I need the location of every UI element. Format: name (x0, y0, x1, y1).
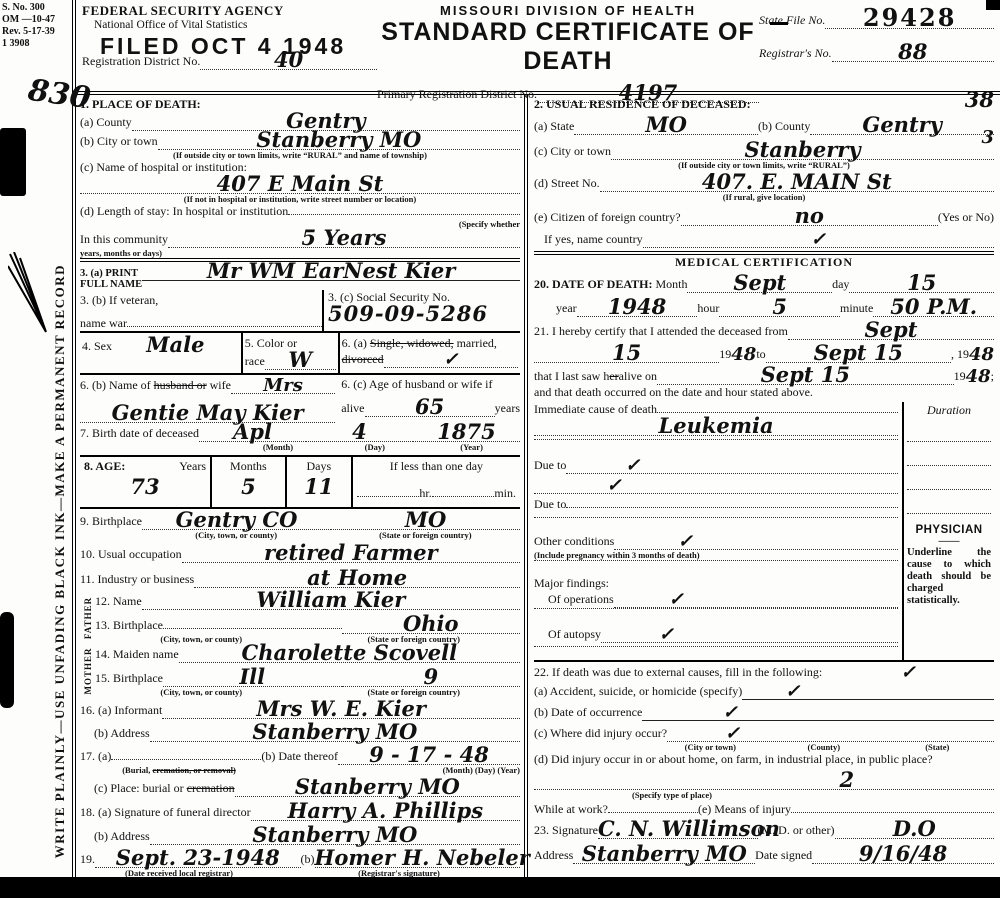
dod-day-value: 15 (907, 270, 936, 295)
dod-minute-label: minute (840, 301, 873, 316)
burial-hint-pre: (Burial, (122, 765, 150, 775)
spouse-label: 6. (b) Name of (80, 378, 151, 392)
form-code: 1 3908 (2, 38, 71, 50)
section-name: 3. (a) PRINT FULL NAME Mr WM EarNest Kie… (80, 258, 520, 331)
external-causes-check: ✓ (901, 662, 916, 683)
last-saw-pre: that I last saw h (534, 369, 609, 383)
mother-birthplace-extra: 9 (423, 664, 438, 689)
attended-from-day: 15 (612, 340, 641, 365)
residence-heading: 2. USUAL RESIDENCE OF DECEASED: (534, 97, 994, 112)
y2-value: 48 (969, 348, 994, 362)
section-place-of-death: 1. PLACE OF DEATH: (a) County Gentry (b)… (80, 97, 520, 258)
received-date-value: Sept. 23-1948 (116, 845, 280, 870)
race-value: W (288, 347, 312, 372)
spouse-title-value: Mrs (263, 375, 303, 396)
section-informant-burial: 16. (a) Informant Mrs W. E. Kier (b) Add… (80, 700, 520, 878)
injury-county-hint: (County) (767, 742, 880, 752)
accident-label: (a) Accident, suicide, or homicide (spec… (534, 684, 742, 699)
of-autopsy-check: ✓ (659, 624, 674, 645)
last-saw-struck: er (609, 369, 618, 383)
county-label: (a) County (80, 115, 132, 130)
registrar-no-label: Registrar's No. (759, 46, 832, 61)
y2-label: , 19 (951, 347, 969, 362)
physician-label: PHYSICIAN (907, 524, 991, 536)
md-or-other-value: D.O (893, 816, 936, 841)
funeral-director-signature: Harry A. Phillips (288, 798, 483, 823)
section-age: 8. AGE: Years 73 Months 5 Days 11 If les… (80, 455, 520, 509)
means-of-injury-label: (e) Means of injury (698, 802, 791, 817)
print-name-label2: FULL NAME (80, 279, 142, 290)
registrar-sig-b-label: (b) (301, 852, 315, 867)
age-days-value: 11 (304, 474, 333, 499)
section-mother: MOTHER 14. Maiden name Charolette Scovel… (80, 644, 520, 697)
certificate-title: STANDARD CERTIFICATE OF DEATH (377, 18, 759, 76)
age-years-value: 73 (130, 474, 159, 499)
burial-place-value: Stanberry MO (295, 774, 460, 799)
physician-address-label: Address (534, 848, 573, 863)
birthplace-city-value: Gentry CO (176, 507, 298, 532)
other-conditions-label: Other conditions (534, 534, 614, 549)
age-label: 8. AGE: (84, 459, 125, 473)
section-birthplace-occupation: 9. Birthplace Gentry CO MO (City, town, … (80, 511, 520, 588)
form-code: Rev. 5-17-39 (2, 26, 71, 38)
of-operations-check: ✓ (669, 589, 684, 610)
informant-address-value: Stanberry MO (252, 719, 417, 744)
birthdate-label: 7. Birth date of deceased (80, 426, 199, 441)
injury-place-hint: (Specify type of place) (534, 790, 810, 800)
residence-city-value: Stanberry (744, 137, 860, 162)
father-name-label: 12. Name (95, 594, 142, 609)
received-label: 19. (80, 852, 95, 867)
major-findings-label: Major findings: (534, 576, 609, 590)
section-parents: FATHER 12. Name William Kier 13. Birthpl… (80, 591, 520, 644)
injury-place-question: (d) Did injury occur in or about home, o… (534, 752, 994, 767)
physician-address-value: Stanberry MO (582, 841, 747, 866)
due-to-label1: Due to (534, 458, 566, 473)
dod-minute-value: 50 P.M. (890, 294, 977, 319)
signature-label: 23. Signature (534, 823, 598, 838)
due-to-check1: ✓ (625, 455, 640, 476)
age-days-header: Days (291, 459, 347, 474)
ssn-value: 509-09-5286 (328, 307, 520, 321)
y3-value: 48 (966, 370, 991, 384)
mother-birthplace-label: 15. Birthplace (95, 671, 163, 686)
handwritten-margin-number: 830 (26, 74, 93, 116)
physician-signature: C. N. Willimson (598, 816, 780, 841)
registrar-signature: Homer H. Nebeler (315, 845, 530, 870)
director-address-label: (b) Address (80, 829, 150, 844)
accident-check: ✓ (785, 681, 800, 702)
state-file-label: State File No. (759, 13, 825, 28)
marital-checkmark: ✓ (443, 349, 458, 370)
citizen-hint: (Yes or No) (938, 210, 994, 225)
print-name-label1: 3. (a) PRINT (80, 268, 138, 279)
mother-birthplace-value: Ill (239, 664, 265, 689)
y1-value: 48 (731, 348, 756, 362)
residence-county-value: Gentry (862, 112, 942, 137)
spouse-name-value: Gentie May Kier (112, 400, 304, 425)
age-months-value: 5 (241, 474, 256, 499)
injury-state-hint: (State) (881, 742, 994, 752)
registration-district-value: 40 (274, 47, 303, 72)
section-spouse-birthdate: 6. (b) Name of husband or wife Mrs Genti… (80, 373, 520, 452)
date-of-death-label: 20. DATE OF DEATH: (534, 277, 652, 292)
birthplace-state-value: MO (405, 507, 447, 532)
ink-blob (0, 612, 14, 708)
date-signed-value: 9/16/48 (859, 841, 947, 866)
city-label: (b) City or town (80, 134, 158, 149)
occurrence-date-check: ✓ (723, 702, 738, 723)
full-name-value: Mr WM EarNest Kier (207, 258, 455, 283)
left-column: 1. PLACE OF DEATH: (a) County Gentry (b)… (76, 95, 524, 878)
dod-month-label: Month (655, 277, 687, 292)
citizen-value: no (795, 203, 824, 228)
burial-date-label: (b) Date thereof (261, 749, 338, 764)
day-hint: (Day) (326, 442, 423, 452)
residence-street-value: 407. E. MAIN St (702, 169, 892, 194)
spouse-age-value: 65 (415, 394, 444, 419)
dod-day-label: day (832, 277, 849, 292)
veteran-label2: name war (80, 316, 127, 331)
informant-value: Mrs W. E. Kier (256, 696, 426, 721)
left-margin: S. No. 300 OM —10-47 Rev. 5-17-39 1 3908… (0, 0, 76, 898)
certify-line1: 21. I hereby certify that I attended the… (534, 324, 788, 339)
race-label2: race (245, 354, 265, 369)
y3-label: 19 (954, 369, 966, 384)
while-at-work-label: While at work? (534, 802, 608, 817)
veteran-label1: 3. (b) If veteran, (80, 293, 322, 308)
due-to-check2a: ✓ (607, 475, 622, 496)
birthdate-year: 1875 (437, 419, 495, 444)
physician-note: Underline the cause to which death shoul… (907, 547, 991, 607)
to-label: to (756, 347, 765, 362)
marital-struck-options: Single, widowed, (370, 336, 454, 350)
spouse-label-post: wife (210, 378, 231, 392)
residence-street-label: (d) Street No. (534, 176, 600, 191)
of-operations-label: Of operations (534, 592, 614, 607)
scan-artifact (986, 0, 1000, 10)
father-name-value: William Kier (256, 587, 405, 612)
section-physician-signature: 23. Signature C. N. Willimson (M. D. or … (534, 820, 994, 864)
marital-divorced-label: divorced (342, 352, 384, 367)
hr-label: hr. (419, 486, 431, 501)
burial-date-value: 9 - 17 - 48 (369, 742, 489, 767)
of-autopsy-label: Of autopsy (534, 627, 601, 642)
dod-hour-label: hour (697, 301, 719, 316)
section-external-causes: 22. If death was due to external causes,… (534, 660, 994, 817)
attended-from-month: Sept (864, 317, 917, 342)
dod-year-value: 1948 (608, 294, 666, 319)
birthplace-label: 9. Birthplace (80, 514, 142, 529)
occupation-label: 10. Usual occupation (80, 547, 182, 562)
burial-place-label: (c) Place: burial or (94, 781, 184, 795)
dod-year-label: year (556, 301, 577, 316)
funeral-director-label: 18. (a) Signature of funeral director (80, 805, 251, 820)
certificate-form: FEDERAL SECURITY AGENCY National Office … (76, 0, 1000, 898)
other-conditions-hint: (Include pregnancy within 3 months of de… (534, 550, 898, 560)
min-label: min. (494, 486, 516, 501)
agency-subname: National Office of Vital Statistics (82, 19, 377, 31)
pen-arrow-mark (8, 252, 52, 342)
ink-blob (0, 128, 26, 196)
mother-maiden-label: 14. Maiden name (95, 647, 179, 662)
industry-label: 11. Industry or business (80, 572, 194, 587)
occurrence-date-label: (b) Date of occurrence (534, 705, 642, 720)
residence-city-label: (c) City or town (534, 144, 611, 159)
sex-value: Male (146, 332, 204, 357)
mother-maiden-value: Charolette Scovell (242, 640, 458, 665)
burial-label: 17. (a) (80, 749, 111, 764)
community-stay-label: In this community (80, 232, 168, 247)
injury-place-value: 2 (839, 767, 854, 792)
form-code: OM —10-47 (2, 14, 71, 26)
residence-state-value: MO (645, 112, 687, 137)
burial-hint-struck: cremation, or removal) (152, 765, 235, 775)
certify-line4: and that death occurred on the date and … (534, 385, 994, 400)
duration-header: Duration (907, 403, 991, 418)
death-certificate-scan: S. No. 300 OM —10-47 Rev. 5-17-39 1 3908… (0, 0, 1000, 898)
name-country-label: If yes, name country (534, 232, 643, 247)
y1-label: 19 (719, 347, 731, 362)
last-saw-value: Sept 15 (761, 362, 850, 387)
scan-artifact (770, 22, 788, 25)
due-to-label2: Due to (534, 497, 566, 512)
community-stay-hint: years, months or days) (80, 248, 520, 258)
immediate-cause-value: Leukemia (658, 413, 773, 438)
injury-where-label: (c) Where did injury occur? (534, 726, 667, 741)
dod-hour-value: 5 (772, 294, 787, 319)
medical-certification-heading: MEDICAL CERTIFICATION (534, 255, 994, 270)
city-value: Stanberry MO (256, 127, 421, 152)
length-of-stay-hint: (Specify whether (80, 219, 520, 229)
burial-place-struck: cremation (187, 781, 235, 795)
citizen-label: (e) Citizen of foreign country? (534, 210, 681, 225)
section-medical-certification: MEDICAL CERTIFICATION 20. DATE OF DEATH:… (534, 251, 994, 864)
father-birthplace-label: 13. Birthplace (95, 618, 163, 633)
agency-name: FEDERAL SECURITY AGENCY (82, 3, 377, 19)
years-unit-label: years (495, 401, 520, 416)
age-months-header: Months (216, 459, 281, 474)
residence-county-label: (b) County (758, 119, 810, 134)
residence-state-label: (a) State (534, 119, 574, 134)
date-signed-label: Date signed (755, 848, 812, 863)
form-code-lines: S. No. 300 OM —10-47 Rev. 5-17-39 1 3908 (2, 2, 71, 50)
alive-label: alive (341, 401, 364, 416)
section-sex-race-marital: 4. Sex Male 5. Color or race W 6. (a) Si… (80, 331, 520, 373)
father-birthplace-value: Ohio (403, 611, 459, 636)
informant-label: 16. (a) Informant (80, 703, 162, 718)
duration-physician-column: Duration PHYSICIAN —— Underline the caus… (902, 402, 994, 660)
state-file-number: 29428 (863, 3, 957, 32)
birthdate-day: 4 (352, 419, 367, 444)
margin-instruction: WRITE PLAINLY—USE UNFADING BLACK INK—MAK… (52, 264, 68, 858)
immediate-cause-label: Immediate cause of death (534, 402, 657, 417)
injury-where-check: ✓ (725, 723, 740, 744)
other-conditions-check: ✓ (678, 531, 693, 552)
occupation-value: retired Farmer (264, 540, 438, 565)
registrar-no-value: 88 (898, 39, 927, 64)
informant-address-label: (b) Address (80, 726, 150, 741)
community-stay-value: 5 Years (302, 225, 387, 250)
father-side-label: FATHER (83, 596, 93, 638)
right-column: 38 3 2. USUAL RESIDENCE OF DECEASED: (a)… (524, 95, 1000, 878)
mother-side-label: MOTHER (83, 647, 93, 694)
name-country-check: ✓ (811, 229, 826, 250)
spouse-label-struck: husband or (154, 378, 207, 392)
alive-on-label: alive on (619, 369, 657, 384)
state-division-title: MISSOURI DIVISION OF HEALTH (377, 3, 759, 18)
marital-label: 6. (a) (342, 336, 367, 350)
hospital-value: 407 E Main St (217, 171, 384, 196)
marital-kept-option: married, (457, 336, 497, 350)
length-of-stay-label: (d) Length of stay: In hospital or insti… (80, 204, 288, 219)
dod-month-value: Sept (733, 270, 786, 295)
director-address-value: Stanberry MO (252, 822, 417, 847)
less-than-day-header: If less than one day (357, 459, 516, 474)
section-residence: 38 3 2. USUAL RESIDENCE OF DECEASED: (a)… (534, 97, 994, 248)
scan-bottom-bar (0, 877, 1000, 898)
physician-dash: —— (907, 536, 991, 547)
sex-label: 4. Sex (82, 339, 112, 354)
spouse-age-label: 6. (c) Age of husband or wife if (341, 377, 520, 392)
registration-district-label: Registration District No. (82, 54, 200, 69)
form-header: FEDERAL SECURITY AGENCY National Office … (76, 0, 1000, 95)
form-code: S. No. 300 (2, 2, 71, 14)
injury-city-hint: (City or town) (654, 742, 767, 752)
birthdate-month: Apl (233, 419, 272, 444)
residence-corner-number: 38 (965, 93, 994, 107)
external-causes-heading: 22. If death was due to external causes,… (534, 665, 822, 680)
age-years-header: Years (179, 459, 206, 474)
